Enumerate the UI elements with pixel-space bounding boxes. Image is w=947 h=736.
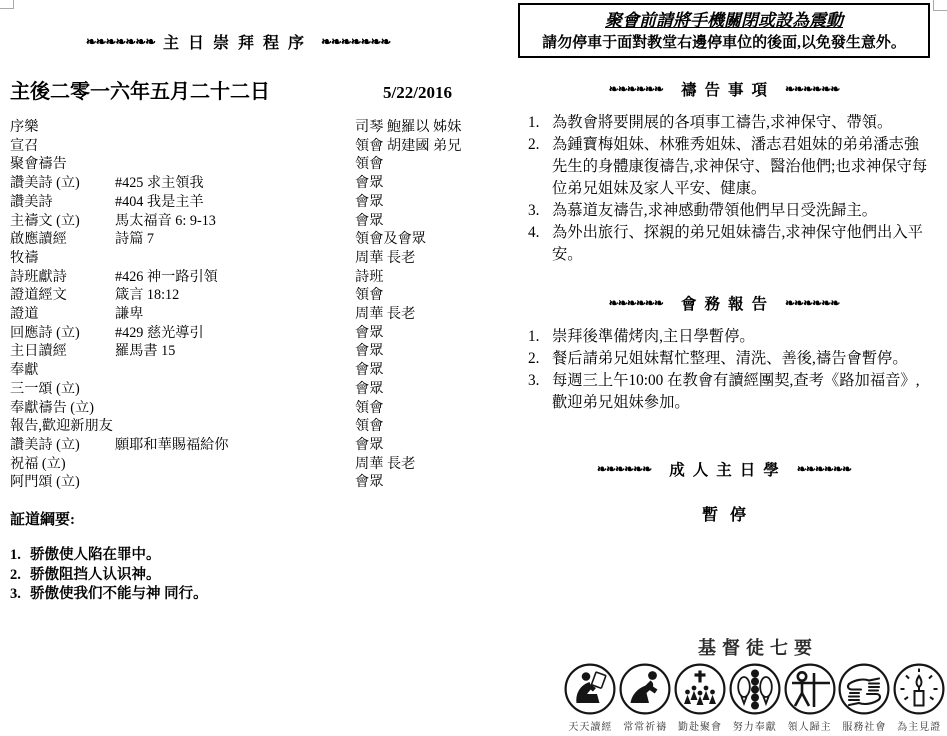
- program-role: 領會 胡建國 弟兄: [355, 137, 466, 156]
- announcements-column: 聚會前請將手機關閉或設為震動 請勿停車于面對教堂右邊停車位的後面,以免發生意外。…: [518, 3, 930, 525]
- prayer-item-text: 為鍾寶梅姐妹、林雅秀姐妹、潘志君姐妹的弟弟潘志強先生的身體康復禱告,求神保守、醫…: [552, 134, 930, 200]
- program-detail: [115, 137, 355, 156]
- program-heading: ❧❧❧❧❧❧❧ 主日崇拜程序 ❧❧❧❧❧❧❧: [10, 30, 466, 53]
- program-role: 會眾: [355, 324, 466, 343]
- affairs-item-text: 每週三上午10:00 在教會有讀經團契,查考《路加福音》,歡迎弟兄姐妹參加。: [552, 370, 930, 414]
- program-row: 啟應讀經 詩篇 7 領會及會眾: [10, 230, 466, 249]
- date-western: 5/22/2016: [383, 83, 452, 103]
- essential-label: 天天讀經: [568, 718, 612, 733]
- seven-essentials: 基督徒七要 天天讀經: [563, 634, 947, 733]
- program-role: 會眾: [355, 193, 466, 212]
- prayer-item: 1. 為教會將要開展的各項事工禱告,求神保守、帶領。: [528, 112, 930, 134]
- program-row: 祝福 (立) 周華 長老: [10, 455, 466, 474]
- program-item: 奉獻: [10, 361, 115, 380]
- program-row: 回應詩 (立) #429 慈光導引 會眾: [10, 324, 466, 343]
- program-row: 聚會禱告 領會: [10, 155, 466, 174]
- notice-box: 聚會前請將手機關閉或設為震動 請勿停車于面對教堂右邊停車位的後面,以免發生意外。: [518, 3, 930, 58]
- program-row: 奉獻禱告 (立) 領會: [10, 399, 466, 418]
- program-detail: [115, 399, 355, 418]
- program-row: 主日讀經 羅馬書 15 會眾: [10, 342, 466, 361]
- affairs-section-heading: ❧❧❧❧❧❧ 會務報告 ❧❧❧❧❧❧: [518, 292, 930, 314]
- program-table: 序樂 司琴 鮑羅以 姊妹 宣召 領會 胡建國 弟兄 聚會禱告 領會: [10, 118, 466, 492]
- program-item: 奉獻禱告 (立): [10, 399, 115, 418]
- bulletin-page: ❧❧❧❧❧❧❧ 主日崇拜程序 ❧❧❧❧❧❧❧ 主後二零一六年五月二十二日 5/2…: [0, 0, 947, 736]
- cross-congregation-icon: [674, 663, 726, 715]
- prayer-item-number: 2.: [528, 134, 552, 200]
- essential-witness-for-lord: 為主見證: [892, 663, 947, 733]
- affairs-item-number: 1.: [528, 326, 552, 348]
- program-detail: #425 求主領我: [115, 174, 355, 193]
- program-detail: 羅馬書 15: [115, 342, 355, 361]
- program-role: 會眾: [355, 380, 466, 399]
- outline-point-text: 骄傲使我们不能与神 同行。: [30, 585, 208, 605]
- program-detail: [115, 249, 355, 268]
- program-role: 會眾: [355, 174, 466, 193]
- prayer-item: 3. 為慕道友禱告,求神感動帶領他們早日受洗歸主。: [528, 200, 930, 222]
- sermon-outline-point: 2. 骄傲阻挡人认识神。: [10, 566, 466, 586]
- program-role: 會眾: [355, 473, 466, 492]
- reading-bible-icon: [564, 663, 616, 715]
- essential-label: 常常祈禱: [623, 718, 667, 733]
- affairs-item-number: 2.: [528, 348, 552, 370]
- ornament-right: ❧❧❧❧❧❧: [797, 462, 851, 477]
- program-role: 領會: [355, 399, 466, 418]
- program-row: 證道 謙卑 周華 長老: [10, 305, 466, 324]
- essential-label: 勤赴聚會: [678, 718, 722, 733]
- affairs-item: 2. 餐后請弟兄姐妹幫忙整理、清洗、善後,禱告會暫停。: [528, 348, 930, 370]
- program-role: 領會: [355, 286, 466, 305]
- program-role: 會眾: [355, 361, 466, 380]
- sermon-outline-point: 1. 骄傲使人陷在罪中。: [10, 546, 466, 566]
- program-detail: #404 我是主羊: [115, 193, 355, 212]
- outline-point-text: 骄傲使人陷在罪中。: [30, 546, 161, 566]
- sermon-outline-title: 証道綱要:: [10, 508, 466, 529]
- program-item: 宣召: [10, 137, 115, 156]
- program-row: 報告,歡迎新朋友 領會: [10, 417, 466, 436]
- sunday-school-heading: ❧❧❧❧❧❧ 成人主日學 ❧❧❧❧❧❧: [518, 458, 930, 480]
- essential-attend-gatherings: 勤赴聚會: [673, 663, 728, 733]
- affairs-item-text: 崇拜後準備烤肉,主日學暫停。: [552, 326, 930, 348]
- program-item: 證道經文: [10, 286, 115, 305]
- program-role: 周華 長老: [355, 249, 466, 268]
- outline-point-number: 2.: [10, 566, 30, 586]
- sunday-school-status: 暫停: [518, 502, 930, 525]
- program-item: 主日讀經: [10, 342, 115, 361]
- prayer-item-number: 3.: [528, 200, 552, 222]
- program-item: 讚美詩 (立): [10, 174, 115, 193]
- ornament-left: ❧❧❧❧❧❧: [609, 296, 663, 311]
- date-row: 主後二零一六年五月二十二日 5/22/2016: [10, 75, 466, 104]
- program-item: 讚美詩: [10, 193, 115, 212]
- worship-program-column: ❧❧❧❧❧❧❧ 主日崇拜程序 ❧❧❧❧❧❧❧ 主後二零一六年五月二十二日 5/2…: [10, 30, 466, 605]
- sermon-outline-point: 3. 骄傲使我们不能与神 同行。: [10, 585, 466, 605]
- program-row: 讚美詩 (立) 願耶和華賜福給你 會眾: [10, 436, 466, 455]
- prayer-item-text: 為教會將要開展的各項事工禱告,求神保守、帶領。: [552, 112, 930, 134]
- outline-point-number: 1.: [10, 546, 30, 566]
- program-item: 詩班獻詩: [10, 268, 115, 287]
- person-cross-icon: [784, 663, 836, 715]
- program-item: 聚會禱告: [10, 155, 115, 174]
- affairs-section-title: 會務報告: [673, 292, 775, 314]
- phone-off-notice: 聚會前請將手機關閉或設為震動: [524, 6, 924, 31]
- program-role: 司琴 鮑羅以 姊妹: [355, 118, 466, 137]
- program-item: 主禱文 (立): [10, 212, 115, 231]
- essential-daily-bible-reading: 天天讀經: [563, 663, 618, 733]
- affairs-item-number: 3.: [528, 370, 552, 414]
- ornament-right: ❧❧❧❧❧❧: [785, 82, 839, 97]
- prayer-item: 2. 為鍾寶梅姐妹、林雅秀姐妹、潘志君姐妹的弟弟潘志強先生的身體康復禱告,求神保…: [528, 134, 930, 200]
- program-detail: [115, 380, 355, 399]
- essential-diligent-offering: 努力奉獻: [727, 663, 782, 733]
- program-role: 會眾: [355, 436, 466, 455]
- seven-essentials-row: 天天讀經 常常祈禱: [563, 663, 947, 733]
- parking-notice: 請勿停車于面對教堂右邊停車位的後面,以免發生意外。: [524, 31, 924, 52]
- essential-lead-people-to-christ: 領人歸主: [782, 663, 837, 733]
- program-role: 周華 長老: [355, 305, 466, 324]
- prayer-section-title: 禱告事項: [673, 78, 775, 100]
- kneeling-prayer-icon: [619, 663, 671, 715]
- prayer-item-text: 為外出旅行、探親的弟兄姐妹禱告,求神保守他們出入平安。: [552, 222, 930, 266]
- program-row: 宣召 領會 胡建國 弟兄: [10, 137, 466, 156]
- program-detail: 願耶和華賜福給你: [115, 436, 355, 455]
- program-detail: #426 神一路引領: [115, 268, 355, 287]
- essential-label: 領人歸主: [788, 718, 832, 733]
- program-item: 阿門頌 (立): [10, 473, 115, 492]
- sunday-school-title: 成人主日學: [661, 458, 787, 480]
- program-role: 詩班: [355, 268, 466, 287]
- program-detail: 箴言 18:12: [115, 286, 355, 305]
- essential-label: 為主見證: [897, 718, 941, 733]
- program-item: 讚美詩 (立): [10, 436, 115, 455]
- ornament-left: ❧❧❧❧❧❧❧: [86, 34, 155, 50]
- program-row: 詩班獻詩 #426 神一路引領 詩班: [10, 268, 466, 287]
- scan-corner-artifact-left: [0, 0, 14, 9]
- prayer-item-text: 為慕道友禱告,求神感動帶領他們早日受洗歸主。: [552, 200, 930, 222]
- ornament-left: ❧❧❧❧❧❧: [609, 82, 663, 97]
- program-item: 祝福 (立): [10, 455, 115, 474]
- program-detail: [115, 361, 355, 380]
- program-detail: [115, 155, 355, 174]
- sermon-outline-points: 1. 骄傲使人陷在罪中。 2. 骄傲阻挡人认识神。 3. 骄傲使我们不能与神 同…: [10, 546, 466, 605]
- program-title: 主日崇拜程序: [163, 30, 313, 53]
- program-item: 啟應讀經: [10, 230, 115, 249]
- sermon-outline: 証道綱要: 1. 骄傲使人陷在罪中。 2. 骄傲阻挡人认识神。 3.: [10, 508, 466, 605]
- outline-point-number: 3.: [10, 585, 30, 605]
- ornament-right: ❧❧❧❧❧❧❧: [321, 34, 390, 50]
- program-role: 會眾: [355, 212, 466, 231]
- program-role: 會眾: [355, 342, 466, 361]
- program-detail: 詩篇 7: [115, 230, 355, 249]
- program-row: 阿門頌 (立) 會眾: [10, 473, 466, 492]
- program-row: 主禱文 (立) 馬太福音 6: 9-13 會眾: [10, 212, 466, 231]
- program-detail: #429 慈光導引: [115, 324, 355, 343]
- program-row: 序樂 司琴 鮑羅以 姊妹: [10, 118, 466, 137]
- program-detail: [115, 455, 355, 474]
- affairs-item: 3. 每週三上午10:00 在教會有讀經團契,查考《路加福音》,歡迎弟兄姐妹參加…: [528, 370, 930, 414]
- affairs-item-text: 餐后請弟兄姐妹幫忙整理、清洗、善後,禱告會暫停。: [552, 348, 930, 370]
- date-chinese: 主後二零一六年五月二十二日: [10, 75, 270, 104]
- program-detail: [115, 417, 355, 436]
- program-item: 三一頌 (立): [10, 380, 115, 399]
- program-row: 奉獻 會眾: [10, 361, 466, 380]
- essential-label: 努力奉獻: [733, 718, 777, 733]
- seven-essentials-title: 基督徒七要: [563, 634, 947, 660]
- prayer-item-number: 1.: [528, 112, 552, 134]
- affairs-item: 1. 崇拜後準備烤肉,主日學暫停。: [528, 326, 930, 348]
- program-role: 領會: [355, 155, 466, 174]
- essential-serve-society: 服務社會: [837, 663, 892, 733]
- program-role: 領會及會眾: [355, 230, 466, 249]
- ornament-left: ❧❧❧❧❧❧: [597, 462, 651, 477]
- fish-coins-icon: [729, 663, 781, 715]
- essential-label: 服務社會: [842, 718, 886, 733]
- program-item: 牧禱: [10, 249, 115, 268]
- program-row: 讚美詩 (立) #425 求主領我 會眾: [10, 174, 466, 193]
- candle-light-icon: [893, 663, 945, 715]
- ornament-right: ❧❧❧❧❧❧: [785, 296, 839, 311]
- prayer-item: 4. 為外出旅行、探親的弟兄姐妹禱告,求神保守他們出入平安。: [528, 222, 930, 266]
- program-detail: [115, 473, 355, 492]
- program-row: 三一頌 (立) 會眾: [10, 380, 466, 399]
- outline-point-text: 骄傲阻挡人认识神。: [30, 566, 161, 586]
- scan-corner-artifact-right: [933, 0, 947, 11]
- prayer-item-number: 4.: [528, 222, 552, 266]
- program-row: 證道經文 箴言 18:12 領會: [10, 286, 466, 305]
- program-detail: 謙卑: [115, 305, 355, 324]
- program-row: 牧禱 周華 長老: [10, 249, 466, 268]
- program-detail: [115, 118, 355, 137]
- affairs-items-list: 1. 崇拜後準備烤肉,主日學暫停。 2. 餐后請弟兄姐妹幫忙整理、清洗、善後,禱…: [518, 326, 930, 414]
- program-row: 讚美詩 #404 我是主羊 會眾: [10, 193, 466, 212]
- program-item: 證道: [10, 305, 115, 324]
- prayer-section-heading: ❧❧❧❧❧❧ 禱告事項 ❧❧❧❧❧❧: [518, 78, 930, 100]
- program-item: 序樂: [10, 118, 115, 137]
- essential-constant-prayer: 常常祈禱: [618, 663, 673, 733]
- serving-hands-icon: [838, 663, 890, 715]
- program-role: 周華 長老: [355, 455, 466, 474]
- prayer-items-list: 1. 為教會將要開展的各項事工禱告,求神保守、帶領。 2. 為鍾寶梅姐妹、林雅秀…: [518, 112, 930, 266]
- program-detail: 馬太福音 6: 9-13: [115, 212, 355, 231]
- program-role: 領會: [355, 417, 466, 436]
- program-item: 回應詩 (立): [10, 324, 115, 343]
- program-item: 報告,歡迎新朋友: [10, 417, 115, 436]
